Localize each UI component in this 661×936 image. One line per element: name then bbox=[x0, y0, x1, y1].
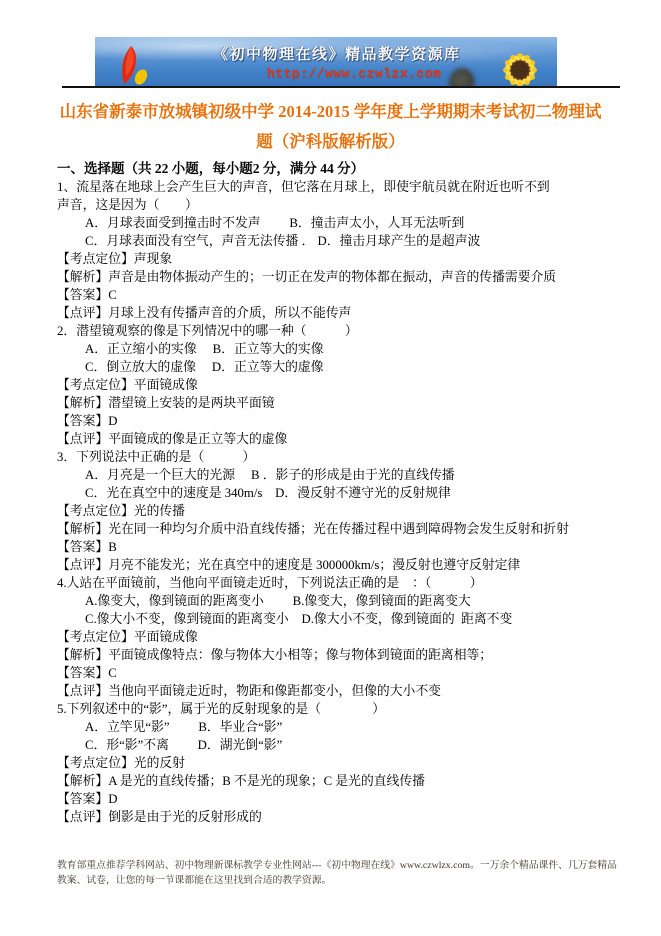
question-4-jiexi: 【解析】平面镜成像特点：像与物体大小相等；像与物体到镜面的距离相等； bbox=[57, 646, 619, 664]
section-heading: 一、选择题（共 22 小题，每小题2 分，满分 44 分） bbox=[57, 160, 619, 178]
question-5-options-ab: A．立竿见“影” B．毕业合“影” bbox=[57, 718, 619, 736]
question-4-kaodian: 【考点定位】平面镜成像 bbox=[57, 628, 619, 646]
exam-body: 一、选择题（共 22 小题，每小题2 分，满分 44 分） 1、流星落在地球上会… bbox=[57, 160, 619, 826]
question-5-dianping: 【点评】倒影是由于光的反射形成的 bbox=[57, 808, 619, 826]
promo-footer: 教育部重点推荐学科网站、初中物理新课标教学专业性网站---《初中物理在线》www… bbox=[57, 858, 622, 888]
question-2-dianping: 【点评】平面镜成的像是正立等大的虚像 bbox=[57, 430, 619, 448]
question-5-answer: 【答案】D bbox=[57, 790, 619, 808]
site-banner: 《初中物理在线》精品教学资源库 http://www.czwlzx.com bbox=[95, 37, 557, 88]
question-3-options-ab: A．月亮是一个巨大的光源 B ．影子的形成是由于光的直线传播 bbox=[57, 466, 619, 484]
question-3-kaodian: 【考点定位】光的传播 bbox=[57, 502, 619, 520]
question-1-options-cd: C．月球表面没有空气，声音无法传播 ． D．撞击月球产生的是超声波 bbox=[57, 232, 619, 250]
question-5-jiexi: 【解析】A 是光的直线传播；B 不是光的现象；C 是光的直线传播 bbox=[57, 772, 619, 790]
site-logo-icon bbox=[115, 44, 155, 88]
question-3-options-cd: C．光在真空中的速度是 340m/s D．漫反射不遵守光的反射规律 bbox=[57, 484, 619, 502]
question-3: 3．下列说法中正确的是（ ） A．月亮是一个巨大的光源 B ．影子的形成是由于光… bbox=[57, 448, 619, 574]
question-2-options-cd: C．倒立放大的虚像 D．正立等大的虚像 bbox=[57, 358, 619, 376]
question-3-stem: 3．下列说法中正确的是（ ） bbox=[57, 448, 619, 466]
question-4-answer: 【答案】C bbox=[57, 664, 619, 682]
question-1: 1、流星落在地球上会产生巨大的声音，但它落在月球上，即使宇航员就在附近也听不到 … bbox=[57, 178, 619, 322]
question-1-stem-line1: 1、流星落在地球上会产生巨大的声音，但它落在月球上，即使宇航员就在附近也听不到 bbox=[57, 178, 619, 196]
question-1-answer: 【答案】C bbox=[57, 286, 619, 304]
question-4: 4.人站在平面镜前，当他向平面镜走近时，下列说法正确的是 ：（ ） A.像变大，… bbox=[57, 574, 619, 700]
question-1-jiexi: 【解析】声音是由物体振动产生的；一切正在发声的物体都在振动，声音的传播需要介质 bbox=[57, 268, 619, 286]
document-title: 山东省新泰市放城镇初级中学 2014-2015 学年度上学期期末考试初二物理试 … bbox=[40, 97, 621, 157]
question-5-stem: 5.下列叙述中的“影”，属于光的反射现象的是（ ） bbox=[57, 700, 619, 718]
question-2-options-ab: A．正立缩小的实像 B．正立等大的实像 bbox=[57, 340, 619, 358]
question-2-answer: 【答案】D bbox=[57, 412, 619, 430]
document-title-line2: 题（沪科版解析版） bbox=[40, 127, 621, 157]
blurred-flower-image bbox=[449, 68, 475, 88]
question-2-jiexi: 【解析】潜望镜上安装的是两块平面镜 bbox=[57, 394, 619, 412]
sunflower-icon bbox=[489, 38, 551, 88]
question-4-dianping: 【点评】当他向平面镜走近时，物距和像距都变小，但像的大小不变 bbox=[57, 682, 619, 700]
question-4-stem: 4.人站在平面镜前，当他向平面镜走近时，下列说法正确的是 ：（ ） bbox=[57, 574, 619, 592]
question-1-kaodian: 【考点定位】声现象 bbox=[57, 250, 619, 268]
question-2: 2．潜望镜观察的像是下列情况中的哪一种（ ） A．正立缩小的实像 B．正立等大的… bbox=[57, 322, 619, 448]
question-3-jiexi: 【解析】光在同一种均匀介质中沿直线传播；光在传播过程中遇到障碍物会发生反射和折射 bbox=[57, 520, 619, 538]
question-1-stem-line2: 声音，这是因为（ ） bbox=[57, 196, 619, 214]
header-divider bbox=[62, 86, 620, 88]
question-2-stem: 2．潜望镜观察的像是下列情况中的哪一种（ ） bbox=[57, 322, 619, 340]
question-1-options-ab: A．月球表面受到撞击时不发声 B．撞击声太小，人耳无法听到 bbox=[57, 214, 619, 232]
question-5: 5.下列叙述中的“影”，属于光的反射现象的是（ ） A．立竿见“影” B．毕业合… bbox=[57, 700, 619, 826]
banner-site-title: 《初中物理在线》精品教学资源库 bbox=[213, 43, 461, 64]
document-title-line1: 山东省新泰市放城镇初级中学 2014-2015 学年度上学期期末考试初二物理试 bbox=[40, 97, 621, 127]
question-3-dianping: 【点评】月亮不能发光；光在真空中的速度是 300000km/s；漫反射也遵守反射… bbox=[57, 556, 619, 574]
question-4-options-ab: A.像变大，像到镜面的距离变小 B.像变大，像到镜面的距离变大 bbox=[57, 592, 619, 610]
question-5-kaodian: 【考点定位】光的反射 bbox=[57, 754, 619, 772]
question-2-kaodian: 【考点定位】平面镜成像 bbox=[57, 376, 619, 394]
banner-site-url: http://www.czwlzx.com bbox=[267, 66, 441, 81]
question-5-options-cd: C．形“影”不离 D．湖光倒“影” bbox=[57, 736, 619, 754]
question-4-options-cd: C.像大小不变，像到镜面的距离变小 D.像大小不变，像到镜面的 距离不变 bbox=[57, 610, 619, 628]
question-1-dianping: 【点评】月球上没有传播声音的介质，所以不能传声 bbox=[57, 304, 619, 322]
question-3-answer: 【答案】B bbox=[57, 538, 619, 556]
